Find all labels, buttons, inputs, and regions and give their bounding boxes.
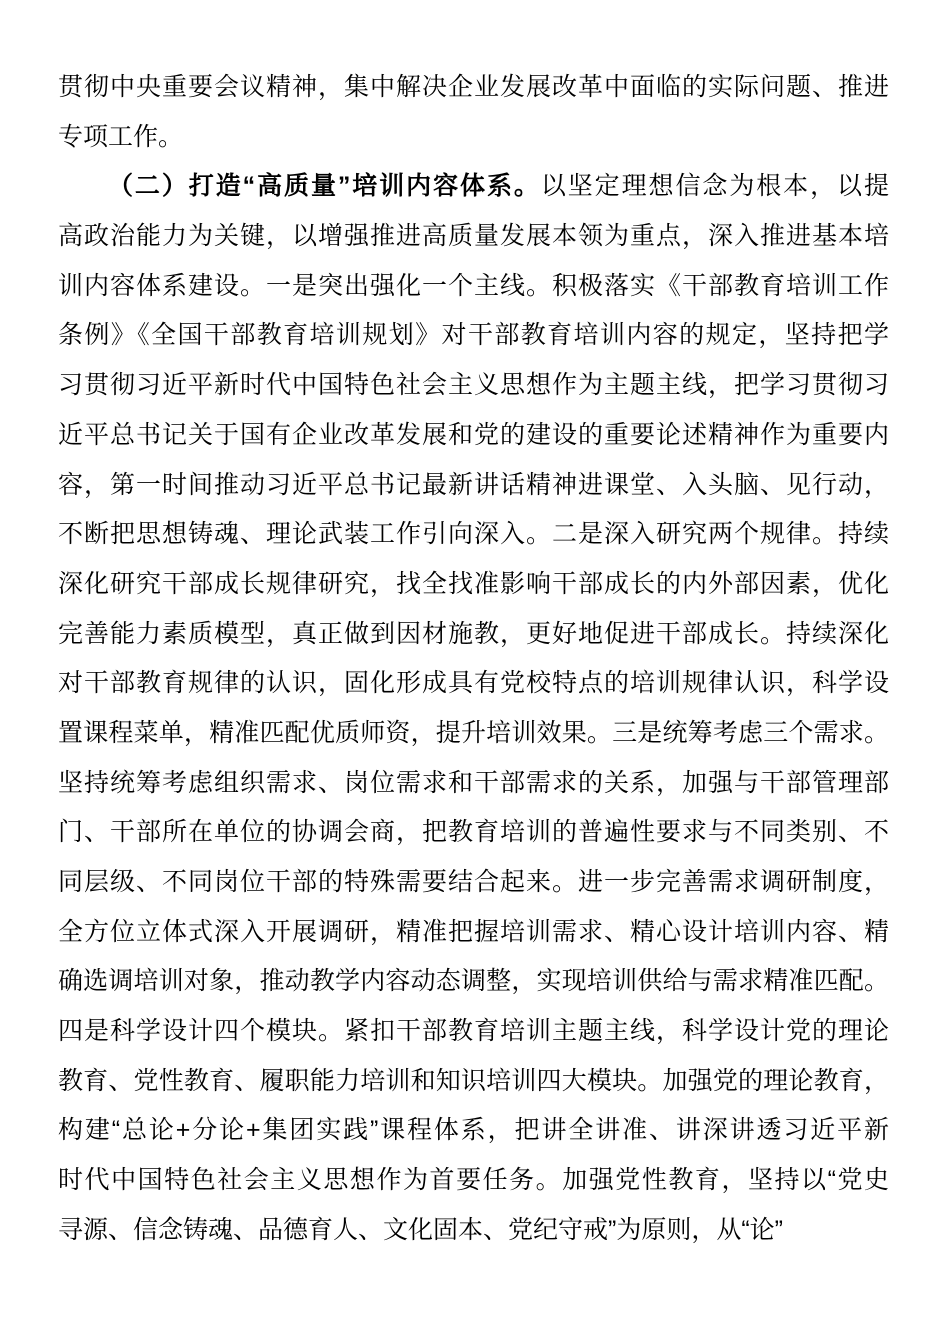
body-text: 容，第一时间推动习近平总书记最新讲话精神进课堂、入头脑、见行动， <box>58 471 889 499</box>
body-text: 不断把思想铸魂、理论武装工作引向深入。二是深入研究两个规律。持续 <box>58 520 889 548</box>
text-line: 确选调培训对象，推动教学内容动态调整，实现培训供给与需求精准匹配。 <box>58 957 889 1007</box>
text-line: 对干部教育规律的认识，固化形成具有党校特点的培训规律认识，科学设 <box>58 659 889 709</box>
body-text: 置课程菜单，精准匹配优质师资，提升培训效果。三是统筹考虑三个需求。 <box>58 719 889 747</box>
text-line: 完善能力素质模型，真正做到因材施教，更好地促进干部成长。持续深化 <box>58 610 889 660</box>
text-line: 训内容体系建设。一是突出强化一个主线。积极落实《干部教育培训工作 <box>58 262 889 312</box>
body-text: 习贯彻习近平新时代中国特色社会主义思想作为主题主线，把学习贯彻习 <box>58 371 889 399</box>
text-line: 教育、党性教育、履职能力培训和知识培训四大模块。加强党的理论教育， <box>58 1057 889 1107</box>
text-line: 深化研究干部成长规律研究，找全找准影响干部成长的内外部因素，优化 <box>58 560 889 610</box>
body-text: 近平总书记关于国有企业改革发展和党的建设的重要论述精神作为重要内 <box>58 421 889 449</box>
text-line: 习贯彻习近平新时代中国特色社会主义思想作为主题主线，把学习贯彻习 <box>58 361 889 411</box>
section-heading-text: （二）打造“高质量”培训内容体系。 <box>108 172 541 200</box>
text-line: 近平总书记关于国有企业改革发展和党的建设的重要论述精神作为重要内 <box>58 411 889 461</box>
body-text: 训内容体系建设。一是突出强化一个主线。积极落实《干部教育培训工作 <box>58 272 889 300</box>
body-text: 四是科学设计四个模块。紧扣干部教育培训主题主线，科学设计党的理论 <box>58 1017 889 1045</box>
body-text: 完善能力素质模型，真正做到因材施教，更好地促进干部成长。持续深化 <box>58 620 889 648</box>
text-line: 门、干部所在单位的协调会商，把教育培训的普遍性要求与不同类别、不 <box>58 808 889 858</box>
body-text: 确选调培训对象，推动教学内容动态调整，实现培训供给与需求精准匹配。 <box>58 967 889 995</box>
body-text: 贯彻中央重要会议精神，集中解决企业发展改革中面临的实际问题、推进 <box>58 73 889 101</box>
text-line: 高政治能力为关键，以增强推进高质量发展本领为重点，深入推进基本培 <box>58 212 889 262</box>
text-line: 贯彻中央重要会议精神，集中解决企业发展改革中面临的实际问题、推进 <box>58 63 889 113</box>
body-text: 对干部教育规律的认识，固化形成具有党校特点的培训规律认识，科学设 <box>58 669 889 697</box>
body-text: 坚持统筹考虑组织需求、岗位需求和干部需求的关系，加强与干部管理部 <box>58 769 889 797</box>
body-text: 深化研究干部成长规律研究，找全找准影响干部成长的内外部因素，优化 <box>58 570 889 598</box>
text-line: 容，第一时间推动习近平总书记最新讲话精神进课堂、入头脑、见行动， <box>58 461 889 511</box>
document-page: 贯彻中央重要会议精神，集中解决企业发展改革中面临的实际问题、推进专项工作。（二）… <box>0 0 950 1344</box>
body-text: 全方位立体式深入开展调研，精准把握培训需求、精心设计培训内容、精 <box>58 918 889 946</box>
text-line: 条例》《全国干部教育培训规划》对干部教育培训内容的规定，坚持把学 <box>58 311 889 361</box>
body-text: 高政治能力为关键，以增强推进高质量发展本领为重点，深入推进基本培 <box>58 222 889 250</box>
body-text: 专项工作。 <box>58 123 183 151</box>
body-text: 寻源、信念铸魂、品德育人、文化固本、党纪守戒”为原则，从“论” <box>58 1216 783 1244</box>
document-body: 贯彻中央重要会议精神，集中解决企业发展改革中面临的实际问题、推进专项工作。（二）… <box>58 63 889 1256</box>
text-line: 同层级、不同岗位干部的特殊需要结合起来。进一步完善需求调研制度， <box>58 858 889 908</box>
text-line: 专项工作。 <box>58 113 889 163</box>
text-line: 全方位立体式深入开展调研，精准把握培训需求、精心设计培训内容、精 <box>58 908 889 958</box>
body-text: 构建“总论+分论+集团实践”课程体系，把讲全讲准、讲深讲透习近平新 <box>58 1116 889 1144</box>
text-line: 不断把思想铸魂、理论武装工作引向深入。二是深入研究两个规律。持续 <box>58 510 889 560</box>
text-line: 坚持统筹考虑组织需求、岗位需求和干部需求的关系，加强与干部管理部 <box>58 759 889 809</box>
body-text: 时代中国特色社会主义思想作为首要任务。加强党性教育，坚持以“党史 <box>58 1166 889 1194</box>
body-text: 条例》《全国干部教育培训规划》对干部教育培训内容的规定，坚持把学 <box>58 321 889 349</box>
body-text: 以坚定理想信念为根本，以提 <box>541 172 889 200</box>
body-text: 同层级、不同岗位干部的特殊需要结合起来。进一步完善需求调研制度， <box>58 868 889 896</box>
text-line: 置课程菜单，精准匹配优质师资，提升培训效果。三是统筹考虑三个需求。 <box>58 709 889 759</box>
text-line: 时代中国特色社会主义思想作为首要任务。加强党性教育，坚持以“党史 <box>58 1156 889 1206</box>
text-line: 寻源、信念铸魂、品德育人、文化固本、党纪守戒”为原则，从“论” <box>58 1206 889 1256</box>
body-text: 门、干部所在单位的协调会商，把教育培训的普遍性要求与不同类别、不 <box>58 818 889 846</box>
text-line: 构建“总论+分论+集团实践”课程体系，把讲全讲准、讲深讲透习近平新 <box>58 1106 889 1156</box>
body-text: 教育、党性教育、履职能力培训和知识培训四大模块。加强党的理论教育， <box>58 1067 889 1095</box>
text-line: 四是科学设计四个模块。紧扣干部教育培训主题主线，科学设计党的理论 <box>58 1007 889 1057</box>
text-line: （二）打造“高质量”培训内容体系。以坚定理想信念为根本，以提 <box>58 162 889 212</box>
